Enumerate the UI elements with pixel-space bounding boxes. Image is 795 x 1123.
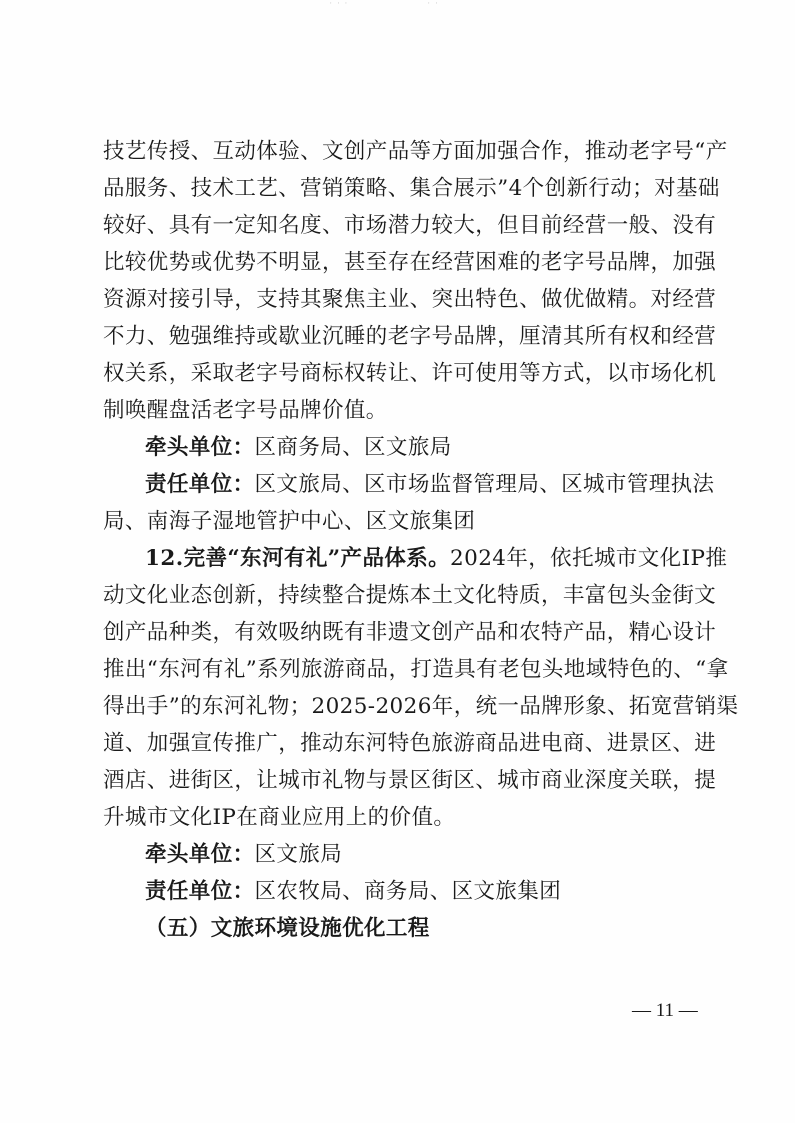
body-text: 技艺传授、互动体验、文创产品等方面加强合作，推动老字号“产 品服务、技术工艺、营…: [103, 133, 707, 947]
paragraph-line: 制唤醒盘活老字号品牌价值。: [103, 392, 707, 429]
lead-unit-line: 牵头单位：区商务局、区文旅局: [103, 429, 707, 466]
item-12-first-line: 12.完善“东河有礼”产品体系。2024年，依托城市文化IP推: [103, 540, 707, 577]
document-page: ' ' ' ' ' 技艺传授、互动体验、文创产品等方面加强合作，推动老字号“产 …: [0, 0, 795, 1123]
paragraph-line: 创产品种类，有效吸纳既有非遗文创产品和农特产品，精心设计: [103, 614, 707, 651]
responsible-unit-label: 责任单位：: [145, 472, 255, 497]
paragraph-line: 得出手”的东河礼物；2025-2026年，统一品牌形象、拓宽营销渠: [103, 688, 707, 725]
lead-unit-label: 牵头单位：: [145, 435, 255, 460]
paragraph-line: 较好、具有一定知名度、市场潜力较大，但目前经营一般、没有: [103, 207, 707, 244]
paragraph-line: 品服务、技术工艺、营销策略、集合展示”4个创新行动；对基础: [103, 170, 707, 207]
paragraph-line: 推出“东河有礼”系列旅游商品，打造具有老包头地域特色的、“拿: [103, 651, 707, 688]
responsible-unit-label: 责任单位：: [145, 879, 255, 904]
section-heading: （五）文旅环境设施优化工程: [103, 910, 707, 947]
lead-unit-value: 区文旅局: [255, 842, 343, 867]
paragraph-line: 酒店、进街区，让城市礼物与景区街区、城市商业深度关联，提: [103, 762, 707, 799]
responsible-unit-line-continued: 局、南海子湿地管护中心、区文旅集团: [103, 503, 707, 540]
scan-artifact: ' ' ': [330, 2, 349, 8]
lead-unit-value: 区商务局、区文旅局: [255, 435, 452, 460]
paragraph-line: 道、加强宣传推广，推动东河特色旅游商品进电商、进景区、进: [103, 725, 707, 762]
lead-unit-label: 牵头单位：: [145, 842, 255, 867]
paragraph-line: 升城市文化IP在商业应用上的价值。: [103, 799, 707, 836]
page-number: — 11 —: [632, 999, 698, 1023]
responsible-unit-value: 区文旅局、区市场监督管理局、区城市管理执法: [255, 472, 715, 497]
lead-unit-line: 牵头单位：区文旅局: [103, 836, 707, 873]
item-12-text: 2024年，依托城市文化IP推: [450, 546, 727, 571]
paragraph-line: 比较优势或优势不明显，甚至存在经营困难的老字号品牌，加强: [103, 244, 707, 281]
responsible-unit-line: 责任单位：区文旅局、区市场监督管理局、区城市管理执法: [103, 466, 707, 503]
paragraph-line: 权关系，采取老字号商标权转让、许可使用等方式，以市场化机: [103, 355, 707, 392]
paragraph-line: 技艺传授、互动体验、文创产品等方面加强合作，推动老字号“产: [103, 133, 707, 170]
item-12-title: 12.完善“东河有礼”产品体系。: [145, 546, 450, 571]
paragraph-line: 资源对接引导，支持其聚焦主业、突出特色、做优做精。对经营: [103, 281, 707, 318]
responsible-unit-value: 区农牧局、商务局、区文旅集团: [255, 879, 562, 904]
responsible-unit-line: 责任单位：区农牧局、商务局、区文旅集团: [103, 873, 707, 910]
scan-artifact: ' ': [428, 2, 439, 8]
paragraph-line: 不力、勉强维持或歇业沉睡的老字号品牌，厘清其所有权和经营: [103, 318, 707, 355]
paragraph-line: 动文化业态创新，持续整合提炼本土文化特质，丰富包头金街文: [103, 577, 707, 614]
